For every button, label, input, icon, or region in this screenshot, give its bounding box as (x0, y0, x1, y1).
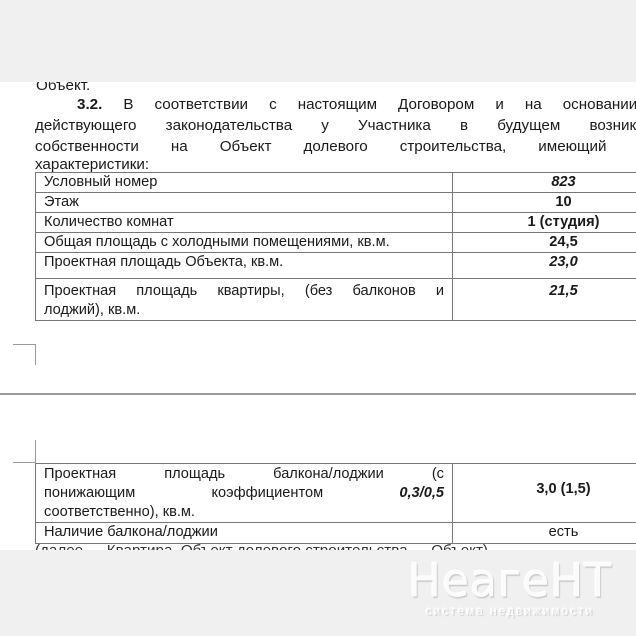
row-label: Этаж (36, 193, 453, 213)
trailing-text-line: (далее — Квартира, Объект долевого строи… (35, 541, 488, 550)
row-label: Проектная площадь Объекта, кв.м. (36, 253, 453, 279)
row-label: Условный номер (36, 173, 453, 193)
row-label: Проектная площадь балкона/лоджии (с пони… (36, 464, 453, 523)
watermark-title: НеагеНТ (408, 559, 612, 605)
top-gray-band (0, 0, 636, 83)
clause-line-1: 3.2. В соответствии с настоящим Договоро… (35, 95, 636, 115)
page-break-line (0, 393, 636, 395)
page-corner-mark (13, 440, 36, 463)
row-value: 823 (453, 173, 636, 193)
watermark-logo: НеагеНТ система недвижимости (408, 560, 612, 618)
row-label: Проектная площадь квартиры, (без балконо… (36, 279, 453, 321)
clause-line-2: действующего законодательства у Участник… (35, 116, 636, 136)
row-value: 10 (453, 193, 636, 213)
document-page: Объект. 3.2. В соответствии с настоящим … (0, 82, 636, 550)
row-label: Количество комнат (36, 213, 453, 233)
characteristics-table: Условный номер 823 Этаж 10 Количество ко… (35, 172, 636, 321)
clause-number: 3.2. (77, 95, 102, 115)
balcony-table: Проектная площадь балкона/лоджии (с пони… (35, 463, 636, 544)
table-row: Проектная площадь балкона/лоджии (с пони… (36, 464, 636, 523)
row-value: 1 (студия) (453, 213, 636, 233)
table-row: Количество комнат 1 (студия) (36, 213, 636, 233)
clause-line-3: собственности на Объект долевого строите… (35, 137, 636, 157)
table-row: Общая площадь с холодными помещениями, к… (36, 233, 636, 253)
row-value: 24,5 (453, 233, 636, 253)
previous-text-line: Объект. (36, 82, 90, 96)
table-row: Условный номер 823 (36, 173, 636, 193)
row-value: 21,5 (453, 279, 636, 321)
row-value: 3,0 (1,5) (453, 464, 636, 523)
row-value: 23,0 (453, 253, 636, 279)
page-corner-mark (13, 344, 36, 365)
table-row: Проектная площадь Объекта, кв.м. 23,0 (36, 253, 636, 279)
table-row: Этаж 10 (36, 193, 636, 213)
table-row: Проектная площадь квартиры, (без балконо… (36, 279, 636, 321)
row-label: Общая площадь с холодными помещениями, к… (36, 233, 453, 253)
